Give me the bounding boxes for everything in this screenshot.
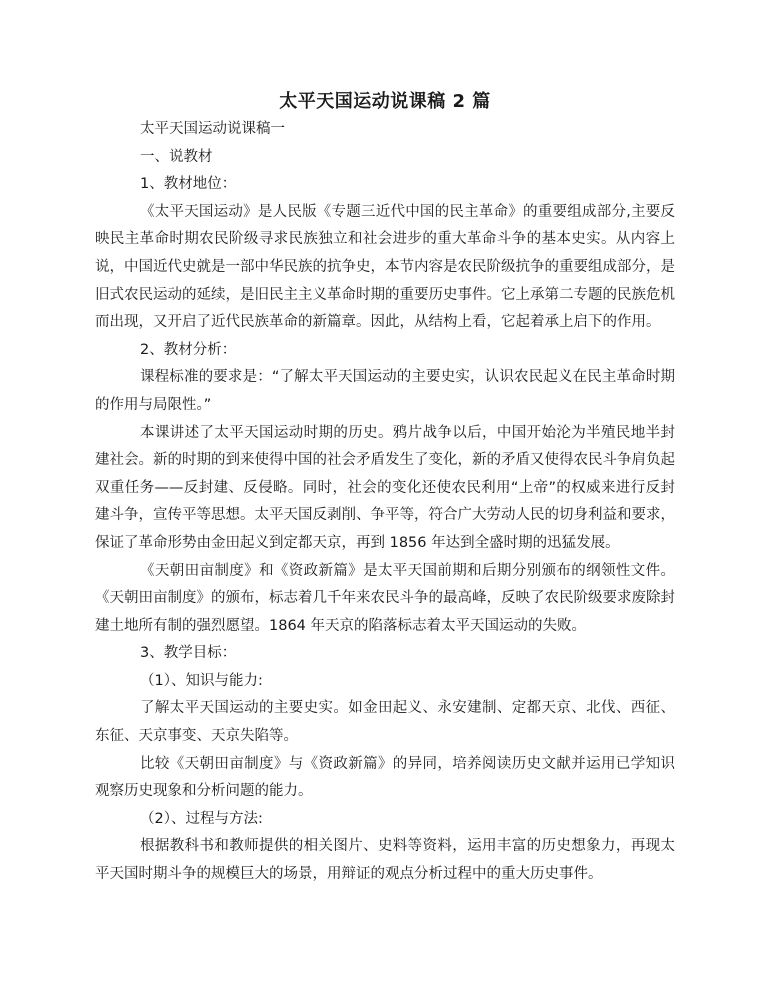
para-process-method: 根据教科书和教师提供的相关图片、史料等资料，运用丰富的历史想象力，再现太平天国时… [95, 833, 675, 888]
document-page: 太平天国运动说课稿 2 篇 太平天国运动说课稿一 一、说教材 1、教材地位： 《… [0, 0, 770, 1000]
para-lesson-history: 本课讲述了太平天国运动时期的历史。鸦片战争以后，中国开始沦为半殖民地半封建社会。… [95, 420, 675, 558]
para-compare-documents: 比较《天朝田亩制度》与《资政新篇》的异同，培养阅读历史文献并运用已学知识观察历史… [95, 751, 675, 806]
heading-textbook-position: 1、教材地位： [95, 171, 675, 199]
heading-teaching-objectives: 3、教学目标： [95, 640, 675, 668]
heading-textbook-analysis: 2、教材分析： [95, 337, 675, 365]
para-main-facts: 了解太平天国运动的主要史实。如金田起义、永安建制、定都天京、北伐、西征、东征、天… [95, 695, 675, 750]
para-textbook-position: 《太平天国运动》是人民版《专题三近代中国的民主革命》的重要组成部分,主要反映民主… [95, 199, 675, 337]
document-title: 太平天国运动说课稿 2 篇 [95, 88, 675, 116]
heading-process-method: （2）、过程与方法: [95, 806, 675, 834]
doc-subtitle: 太平天国运动说课稿一 [95, 116, 675, 144]
para-curriculum-standard: 课程标准的要求是：“了解太平天国运动的主要史实，认识农民起义在民主革命时期的作用… [95, 364, 675, 419]
heading-say-textbook: 一、说教材 [95, 144, 675, 172]
heading-knowledge-ability: （1）、知识与能力: [95, 668, 675, 696]
para-programmatic-documents: 《天朝田亩制度》和《资政新篇》是太平天国前期和后期分别颁布的纲领性文件。《天朝田… [95, 558, 675, 641]
